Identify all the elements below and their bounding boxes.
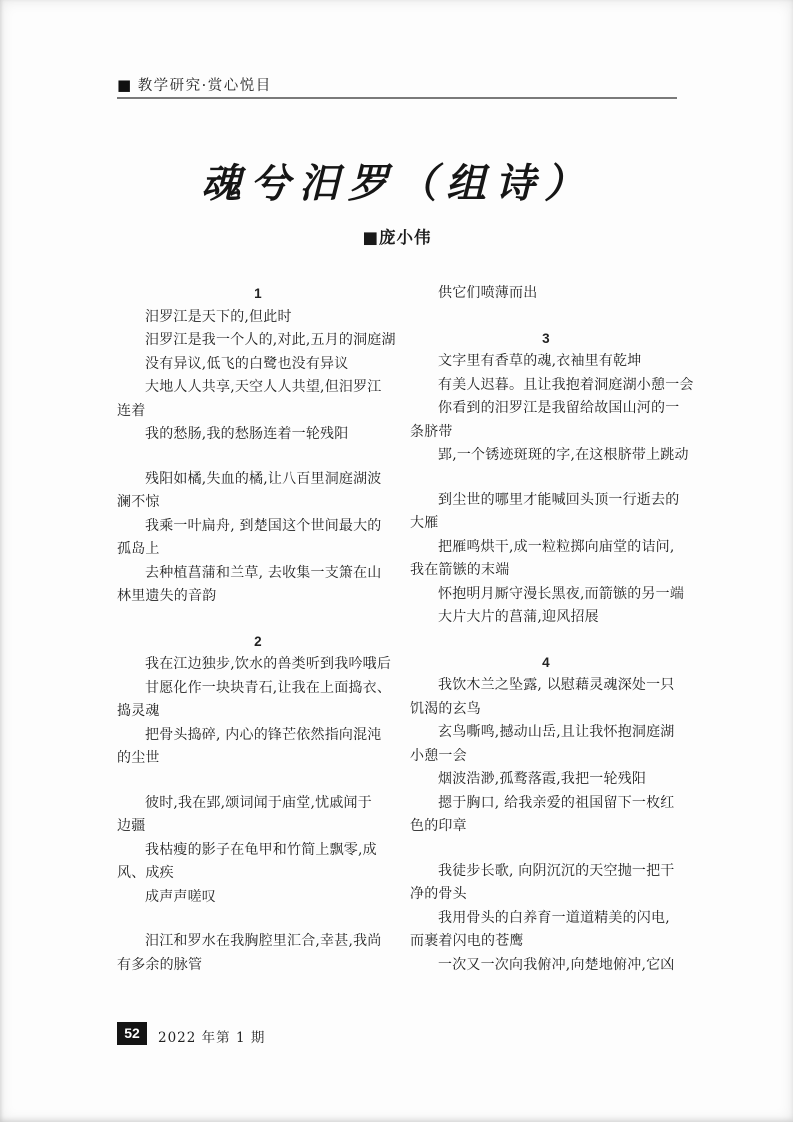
poem-line: 大地人人共享,天空人人共望,但汨罗江 <box>117 376 399 400</box>
poem-line: 摁于胸口, 给我亲爱的祖国留下一枚红 <box>410 792 682 816</box>
poem-line: 的尘世 <box>117 747 399 771</box>
poem-line: 供它们喷薄而出 <box>410 282 682 306</box>
poem-line: 我在江边独步,饮水的兽类听到我吟哦后 <box>117 653 399 677</box>
poem-line: 而裹着闪电的苍鹰 <box>410 930 682 954</box>
stanza-gap <box>117 609 399 630</box>
poem-line: 把骨头捣碎, 内心的锋芒依然指向混沌 <box>117 724 399 748</box>
poem-line: 我在箭镞的末端 <box>410 559 682 583</box>
poem-line: 文字里有香草的魂,衣袖里有乾坤 <box>410 350 682 374</box>
poem-line: 我的愁肠,我的愁肠连着一轮残阳 <box>117 423 399 447</box>
poem-line: 孤岛上 <box>117 538 399 562</box>
stanza-number: 4 <box>410 651 682 675</box>
poem-line: 去种植菖蒲和兰草, 去收集一支箫在山 <box>117 562 399 586</box>
page-number-badge: 52 <box>117 1022 147 1045</box>
poem-line: 甘愿化作一块块青石,让我在上面捣衣、 <box>117 677 399 701</box>
poem-line: 大片大片的菖蒲,迎风招展 <box>410 606 682 630</box>
poem-line: 郢,一个锈迹斑斑的字,在这根脐带上跳动 <box>410 444 682 468</box>
poem-line: 我枯瘦的影子在龟甲和竹简上飘零,成 <box>117 839 399 863</box>
stanza-gap <box>117 771 399 792</box>
poem-line: 小憩一会 <box>410 745 682 769</box>
poem-line: 成声声嗟叹 <box>117 886 399 910</box>
poem-line: 到尘世的哪里才能喊回头顶一行逝去的 <box>410 489 682 513</box>
poem-line: 没有异议,低飞的白鹭也没有异议 <box>117 353 399 377</box>
poem-line: 净的骨头 <box>410 883 682 907</box>
header-divider <box>117 97 677 99</box>
poem-line: 我饮木兰之坠露, 以慰藉灵魂深处一只 <box>410 674 682 698</box>
stanza-gap <box>117 447 399 468</box>
poem-line: 彼时,我在郢,颂词闻于庙堂,忧戚闻于 <box>117 792 399 816</box>
poem-line: 烟波浩渺,孤鹜落霞,我把一轮残阳 <box>410 768 682 792</box>
poem-line: 连着 <box>117 400 399 424</box>
poem-line: 有美人迟暮。且让我抱着洞庭湖小憩一会 <box>410 374 682 398</box>
poem-line: 有多余的脉管 <box>117 954 399 978</box>
poem-line: 汨罗江是天下的,但此时 <box>117 306 399 330</box>
stanza-number: 3 <box>410 327 682 351</box>
poem-line: 大雁 <box>410 512 682 536</box>
poem-column-left: 1汨罗江是天下的,但此时汨罗江是我一个人的,对此,五月的洞庭湖没有异议,低飞的白… <box>117 282 399 977</box>
magazine-page: { "header": { "bullet": "■", "label": "教… <box>0 0 793 1122</box>
poem-line: 我乘一叶扁舟, 到楚国这个世间最大的 <box>117 515 399 539</box>
poem-line: 林里遗失的音韵 <box>117 585 399 609</box>
stanza-gap <box>410 468 682 489</box>
poem-line: 汨罗江是我一个人的,对此,五月的洞庭湖 <box>117 329 399 353</box>
section-header-label: 教学研究·赏心悦目 <box>138 78 272 94</box>
poem-line: 边疆 <box>117 815 399 839</box>
poem-line: 澜不惊 <box>117 491 399 515</box>
poem-line: 玄鸟嘶鸣,撼动山岳,且让我怀抱洞庭湖 <box>410 721 682 745</box>
stanza-gap <box>410 306 682 327</box>
stanza-gap <box>410 630 682 651</box>
poem-line: 我徒步长歌, 向阴沉沉的天空抛一把干 <box>410 860 682 884</box>
issue-label: 2022 年第 1 期 <box>158 1026 265 1046</box>
stanza-number: 1 <box>117 282 399 306</box>
poem-line: 残阳如橘,失血的橘,让八百里洞庭湖波 <box>117 468 399 492</box>
stanza-gap <box>117 909 399 930</box>
poem-line: 饥渴的玄鸟 <box>410 698 682 722</box>
poem-line: 你看到的汨罗江是我留给故国山河的一 <box>410 397 682 421</box>
poem-line: 风、成疾 <box>117 862 399 886</box>
square-bullet-icon: ■ <box>117 76 133 94</box>
poem-line: 汨江和罗水在我胸腔里汇合,幸甚,我尚 <box>117 930 399 954</box>
poem-author: ■庞小伟 <box>117 224 677 248</box>
section-header: ■教学研究·赏心悦目 <box>117 74 272 95</box>
poem-line: 捣灵魂 <box>117 700 399 724</box>
poem-line: 条脐带 <box>410 421 682 445</box>
poem-line: 把雁鸣烘干,成一粒粒掷向庙堂的诘问, <box>410 536 682 560</box>
stanza-gap <box>410 839 682 860</box>
poem-line: 我用骨头的白养育一道道精美的闪电, <box>410 907 682 931</box>
poem-line: 色的印章 <box>410 815 682 839</box>
poem-column-right: 供它们喷薄而出3文字里有香草的魂,衣袖里有乾坤有美人迟暮。且让我抱着洞庭湖小憩一… <box>410 282 682 977</box>
stanza-number: 2 <box>117 630 399 654</box>
poem-line: 怀抱明月厮守漫长黑夜,而箭镞的另一端 <box>410 583 682 607</box>
poem-line: 一次又一次向我俯冲,向楚地俯冲,它凶 <box>410 954 682 978</box>
poem-title: 魂兮汨罗（组诗） <box>117 152 677 209</box>
